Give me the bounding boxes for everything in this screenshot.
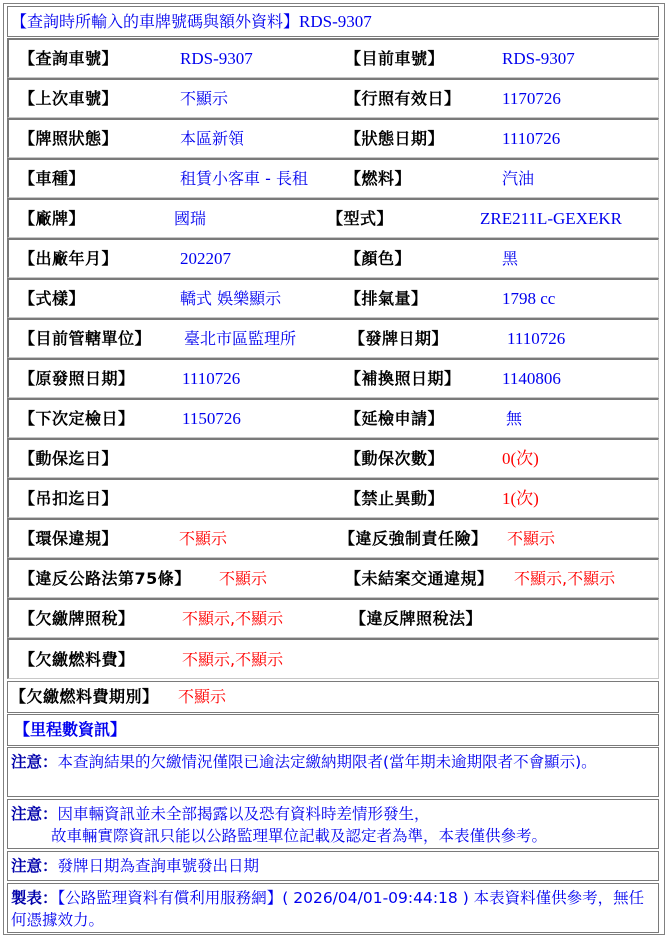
footer-prefix: 製表： [11,889,58,907]
field-label-plate-status: 【牌照狀態】 [19,129,118,149]
footer-text: 製表：【公路監理資料有償利用服務網】( 2026/04/01-09:44:18 … [11,887,652,931]
field-label-license-tax-violation: 【違反牌照稅法】 [350,609,482,629]
field-label-reissue-date: 【補換照日期】 [345,369,461,389]
field-label-displacement: 【排氣量】 [345,289,428,309]
note-prefix: 注意： [11,753,58,771]
field-label-vehicle-type: 【車種】 [19,169,85,189]
field-label-fuel: 【燃料】 [345,169,411,189]
note-text-line2: 故車輛實際資訊只能以公路監理單位記載及認定者為準，本表僅供參考。 [11,825,652,847]
field-row: 【廠牌】 國瑞 【型式】 ZRE211L-GEXEKR [7,198,659,238]
field-label-original-license-date: 【原發照日期】 [19,369,135,389]
field-value-brand: 國瑞 [174,209,206,229]
field-label-highway-act-75: 【違反公路法第75條】 [19,569,191,589]
field-label-suspension-until: 【吊扣迄日】 [19,489,118,509]
field-label-status-date: 【狀態日期】 [345,129,444,149]
field-value-unpaid-license-tax: 不顯示,不顯示 [182,609,283,629]
note-data-disclaimer: 注意：因車輛資訊並未全部揭露以及恐有資料時差情形發生， 故車輛實際資訊只能以公路… [11,803,652,847]
note-row: 注意：因車輛資訊並未全部揭露以及恐有資料時差情形發生， 故車輛實際資訊只能以公路… [7,799,659,849]
field-row: 【原發照日期】 1110726 【補換照日期】 1140806 [7,358,659,398]
field-label-next-inspection: 【下次定檢日】 [19,409,135,429]
note-prefix: 注意： [11,857,58,875]
field-label-unpaid-fuel-fee: 【欠繳燃料費】 [19,650,135,670]
field-value-insurance-violation: 不顯示 [507,529,555,549]
field-label-pending-traffic-violation: 【未結案交通違規】 [345,569,494,589]
mileage-section-row: 【里程數資訊】 [7,714,659,746]
field-row: 【違反公路法第75條】 不顯示 【未結案交通違規】 不顯示,不顯示 [7,558,659,598]
field-value-reissue-date: 1140806 [502,369,561,389]
field-label-manufacture-date: 【出廠年月】 [19,249,118,269]
field-value-displacement: 1798 cc [502,289,555,309]
field-value-plate-status: 本區新領 [180,129,244,149]
field-label-license-valid-date: 【行照有效日】 [345,89,461,109]
note-unpaid-scope: 注意：本查詢結果的欠繳情況僅限已逾法定繳納期限者(當年期未逾期限者不會顯示)。 [11,751,652,773]
field-value-transfer-prohibition: 1(次) [502,489,539,509]
field-row: 【式樣】 轎式 娛樂顯示 【排氣量】 1798 cc [7,278,659,318]
field-label-issue-date: 【發牌日期】 [349,329,448,349]
query-title-label: 【查詢時所輸入的車牌號碼與額外資料】 [11,12,299,31]
field-value-fuel: 汽油 [502,169,534,189]
field-label-transfer-prohibition: 【禁止異動】 [345,489,444,509]
field-value-license-valid-date: 1170726 [502,89,561,109]
field-value-model: ZRE211L-GEXEKR [480,209,622,229]
field-value-manufacture-date: 202207 [180,249,231,269]
footer-row: 製表：【公路監理資料有償利用服務網】( 2026/04/01-09:44:18 … [7,883,659,933]
field-label-chattel-mortgage-until: 【動保迄日】 [19,449,118,469]
field-row: 【欠繳牌照稅】 不顯示,不顯示 【違反牌照稅法】 [7,598,659,638]
field-row: 【上次車號】 不顯示 【行照有效日】 1170726 [7,78,659,118]
footer-body: 【公路監理資料有償利用服務網】( 2026/04/01-09:44:18 ) 本… [11,889,644,929]
field-value-vehicle-type: 租賃小客車 - 長租 [180,169,308,189]
field-label-insurance-violation: 【違反強制責任險】 [339,529,488,549]
field-value-pending-traffic-violation: 不顯示,不顯示 [514,569,615,589]
note-text-line1: 因車輛資訊並未全部揭露以及恐有資料時差情形發生， [58,805,430,823]
field-label-unpaid-license-tax: 【欠繳牌照稅】 [19,609,135,629]
field-row: 【環保違規】 不顯示 【違反強制責任險】 不顯示 [7,518,659,558]
field-label-model: 【型式】 [327,209,393,229]
field-value-body-style: 轎式 娛樂顯示 [180,289,281,309]
note-text: 本查詢結果的欠繳情況僅限已逾法定繳納期限者(當年期未逾期限者不會顯示)。 [58,753,597,771]
field-row: 【出廠年月】 202207 【顏色】 黑 [7,238,659,278]
field-value-next-inspection: 1150726 [182,409,241,429]
fuel-fee-period-label: 【欠繳燃料費期別】 [10,687,159,707]
field-row: 【查詢車號】 RDS-9307 【目前車號】 RDS-9307 [7,38,659,78]
field-row: 【目前管轄單位】 臺北市區監理所 【發牌日期】 1110726 [7,318,659,358]
field-value-inspection-extension: 無 [506,409,522,429]
field-label-brand: 【廠牌】 [19,209,85,229]
field-row: 【車種】 租賃小客車 - 長租 【燃料】 汽油 [7,158,659,198]
query-title-row: 【查詢時所輸入的車牌號碼與額外資料】RDS-9307 [7,6,659,37]
fuel-fee-period-row: 【欠繳燃料費期別】 不顯示 [7,681,659,713]
note-row: 注意：本查詢結果的欠繳情況僅限已逾法定繳納期限者(當年期未逾期限者不會顯示)。 [7,747,659,797]
note-row: 注意：發牌日期為查詢車號發出日期 [7,851,659,881]
field-value-environmental-violation: 不顯示 [179,529,227,549]
note-text: 發牌日期為查詢車號發出日期 [58,857,260,875]
field-value-current-plate: RDS-9307 [502,49,575,69]
field-value-query-plate: RDS-9307 [180,49,253,69]
field-row: 【牌照狀態】 本區新領 【狀態日期】 1110726 [7,118,659,158]
field-label-color: 【顏色】 [345,249,411,269]
field-label-previous-plate: 【上次車號】 [19,89,118,109]
field-label-current-plate: 【目前車號】 [345,49,444,69]
field-label-inspection-extension: 【延檢申請】 [345,409,444,429]
field-value-jurisdiction: 臺北市區監理所 [184,329,296,349]
mileage-section-heading: 【里程數資訊】 [14,720,126,740]
field-row: 【吊扣迄日】 【禁止異動】 1(次) [7,478,659,518]
field-row: 【動保迄日】 【動保次數】 0(次) [7,438,659,478]
note-prefix: 注意： [11,805,58,823]
field-value-status-date: 1110726 [502,129,560,149]
fuel-fee-period-value: 不顯示 [178,687,226,707]
field-value-original-license-date: 1110726 [182,369,240,389]
field-value-unpaid-fuel-fee: 不顯示,不顯示 [182,650,283,670]
field-label-body-style: 【式樣】 [19,289,85,309]
field-value-previous-plate: 不顯示 [180,89,228,109]
field-label-environmental-violation: 【環保違規】 [19,529,118,549]
field-label-jurisdiction: 【目前管轄單位】 [19,329,151,349]
note-issue-date: 注意：發牌日期為查詢車號發出日期 [11,855,652,877]
field-value-color: 黑 [502,249,518,269]
field-value-chattel-mortgage-count: 0(次) [502,449,539,469]
field-value-issue-date: 1110726 [507,329,565,349]
field-row: 【下次定檢日】 1150726 【延檢申請】 無 [7,398,659,438]
query-title-plate: RDS-9307 [299,12,372,31]
field-row: 【欠繳燃料費】 不顯示,不顯示 [7,638,659,679]
query-title: 【查詢時所輸入的車牌號碼與額外資料】RDS-9307 [11,11,372,33]
field-label-query-plate: 【查詢車號】 [19,49,118,69]
field-value-highway-act-75: 不顯示 [219,569,267,589]
field-label-chattel-mortgage-count: 【動保次數】 [345,449,444,469]
